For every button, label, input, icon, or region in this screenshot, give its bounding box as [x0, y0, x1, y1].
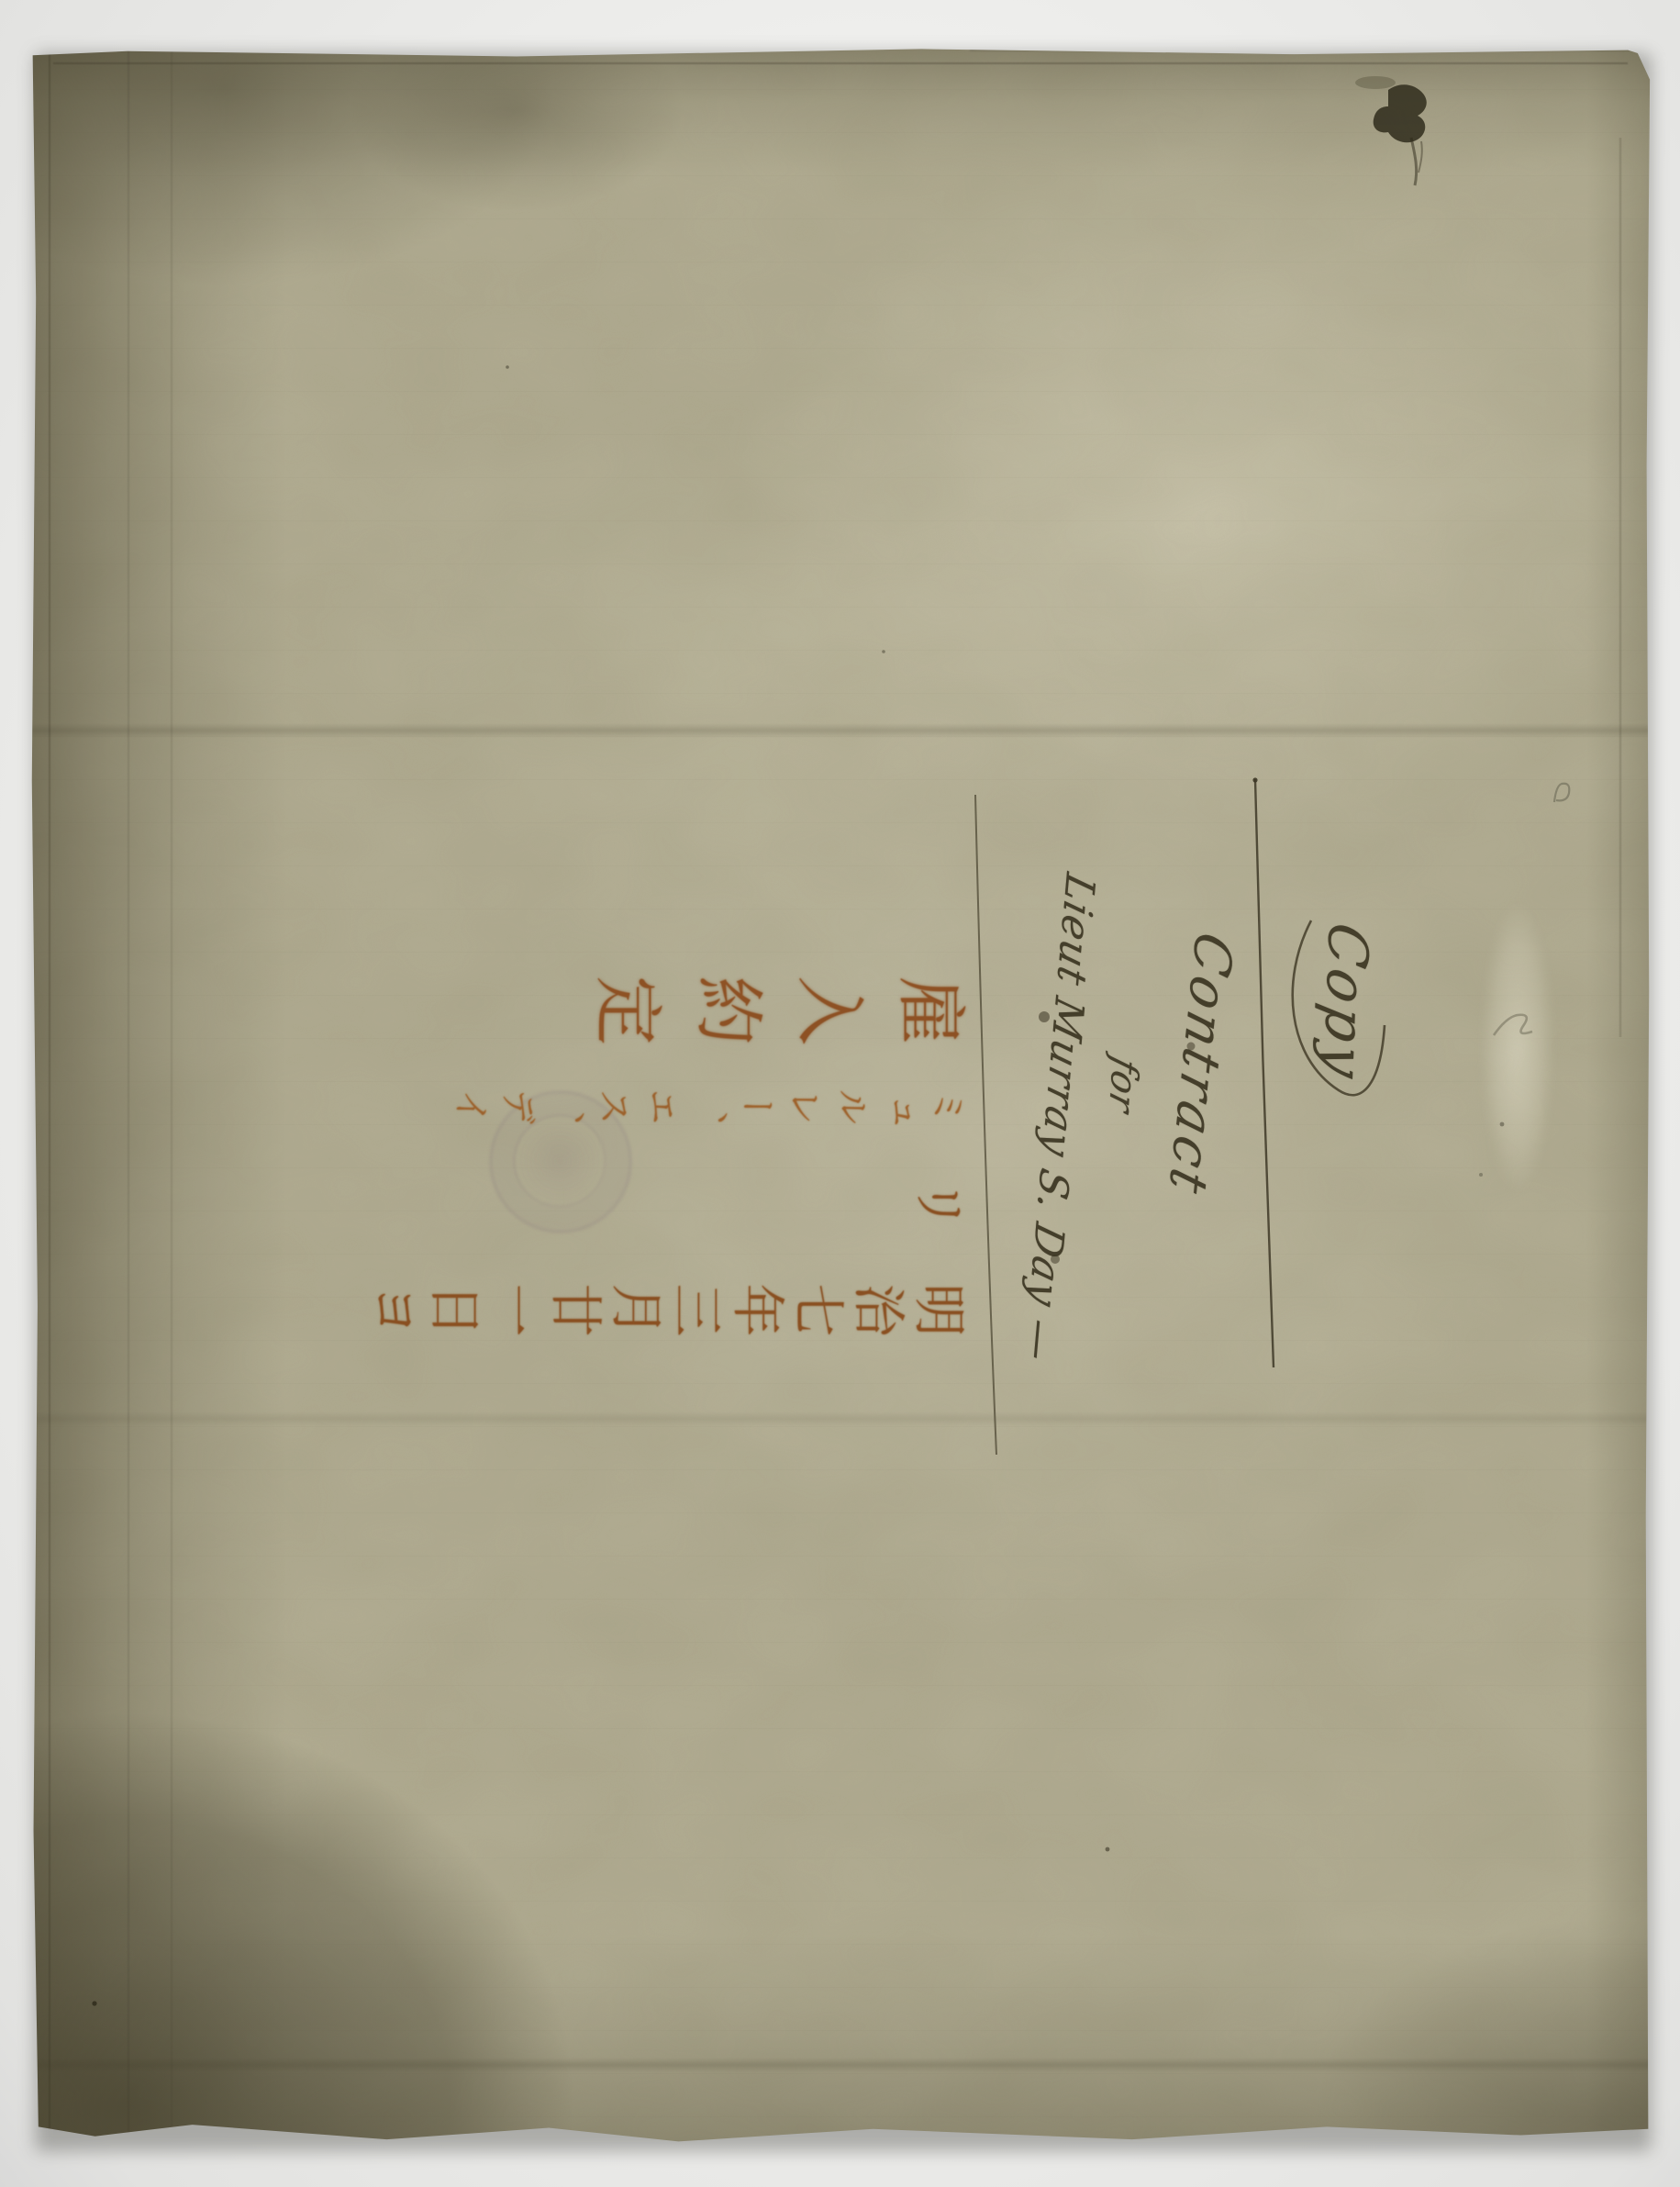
for-word: for: [1100, 1053, 1145, 1118]
copy-label: Copy: [1310, 917, 1379, 1087]
japanese-name-column: ミュルレー、エス、デイ: [321, 1060, 968, 1147]
pencil-squiggle: [1554, 784, 1569, 802]
vertical-fold-crease: [170, 46, 173, 2146]
paper-speck: [506, 365, 509, 369]
top-edge-line: [53, 62, 1629, 64]
top-ink-blot-drip: [1419, 141, 1422, 173]
vertical-fold-crease: [1619, 138, 1622, 1037]
underlying-sheet-edge: [970, 33, 1634, 50]
japanese-title-column: 雇入約定: [321, 950, 968, 1060]
title-rule-upper: [1255, 779, 1274, 1367]
erased-pencil-streak: [1475, 876, 1560, 1218]
japanese-annotation: 明治七年三月廿一日ヨリ ミュルレー、エス、デイ 雇入約定: [321, 1055, 968, 1358]
paper-speck: [1106, 1847, 1110, 1852]
left-inner-crease: [128, 46, 129, 2146]
japanese-date-column: 明治七年三月廿一日ヨリ: [321, 1147, 968, 1358]
contract-title: Contract: [1157, 926, 1243, 1204]
paper-speck: [92, 2001, 96, 2005]
top-ink-blot-drip: [1411, 138, 1417, 185]
horizontal-fold-crease: [30, 723, 1651, 738]
rule-start-blot: [1252, 777, 1257, 782]
top-ink-blot: [1374, 84, 1427, 142]
left-edge-line: [49, 51, 50, 2130]
title-rule-lower: [975, 795, 996, 1455]
paper-sheet: 明治七年三月廿一日ヨリ ミュルレー、エス、デイ 雇入約定 Copy Contra…: [30, 46, 1651, 2146]
scanned-document: 明治七年三月廿一日ヨリ ミュルレー、エス、デイ 雇入約定 Copy Contra…: [0, 0, 1680, 2187]
contractee-name: Lieut Murray S. Day —: [1015, 868, 1103, 1367]
horizontal-fold-crease: [30, 2058, 1651, 2072]
paper-speck: [882, 650, 885, 653]
top-ink-smear: [1355, 76, 1396, 89]
horizontal-fold-crease: [30, 1412, 1651, 1426]
